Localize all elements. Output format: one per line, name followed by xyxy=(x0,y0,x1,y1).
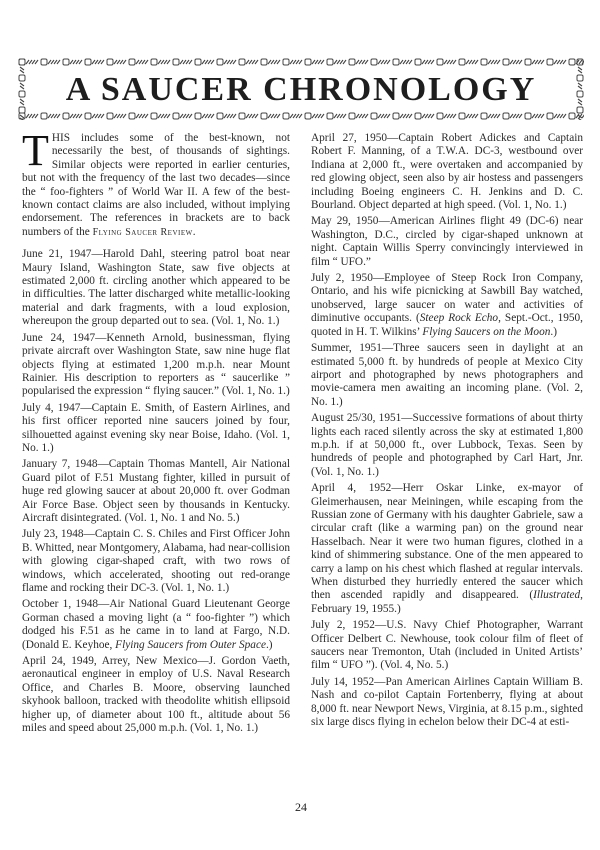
chronology-entry: July 2, 1950—Employee of Steep Rock Iron… xyxy=(311,272,583,339)
chronology-entry: June 21, 1947—Harold Dahl, steering patr… xyxy=(22,248,290,328)
chain-border-top xyxy=(18,58,584,66)
chronology-entry: October 1, 1948—Air National Guard Lieut… xyxy=(22,598,290,652)
book-title: Flying Saucers from Outer Space xyxy=(115,639,266,651)
publication-title: Illustrated xyxy=(533,589,580,601)
chronology-entry: April 4, 1952—Herr Oskar Linke, ex-mayor… xyxy=(311,482,583,616)
chronology-entry: July 4, 1947—Captain E. Smith, of Easter… xyxy=(22,402,290,456)
chronology-entry: May 29, 1950—American Airlines flight 49… xyxy=(311,215,583,269)
chronology-entry: July 23, 1948—Captain C. S. Chiles and F… xyxy=(22,528,290,595)
chronology-entry: July 14, 1952—Pan American Airlines Capt… xyxy=(311,676,583,730)
chronology-entry: Summer, 1951—Three saucers seen in dayli… xyxy=(311,342,583,409)
intro-text: HIS includes some of the best-known, not… xyxy=(22,132,290,238)
chain-border-bottom xyxy=(18,112,584,120)
left-column: THIS includes some of the best-known, no… xyxy=(22,132,290,738)
journal-name: Flying Saucer Review xyxy=(93,227,193,238)
page-title: A SAUCER CHRONOLOGY xyxy=(18,72,584,108)
drop-cap: T xyxy=(22,133,49,169)
chronology-entry: June 24, 1947—Kenneth Arnold, businessma… xyxy=(22,332,290,399)
chronology-entry: July 2, 1952—U.S. Navy Chief Photographe… xyxy=(311,619,583,673)
book-title: Flying Saucers on the Moon xyxy=(422,326,550,338)
chronology-entry: April 24, 1949, Arrey, New Mexico—J. Gor… xyxy=(22,655,290,735)
chronology-entry: January 7, 1948—Captain Thomas Mantell, … xyxy=(22,458,290,525)
publication-title: Steep Rock Echo xyxy=(420,312,498,324)
title-frame: A SAUCER CHRONOLOGY xyxy=(18,58,584,120)
chronology-entry: August 25/30, 1951—Successive formations… xyxy=(311,412,583,479)
right-column: April 27, 1950—Captain Robert Adickes an… xyxy=(311,132,583,732)
chronology-entry: April 27, 1950—Captain Robert Adickes an… xyxy=(311,132,583,212)
page-number: 24 xyxy=(289,800,313,815)
intro-paragraph: THIS includes some of the best-known, no… xyxy=(22,132,290,239)
